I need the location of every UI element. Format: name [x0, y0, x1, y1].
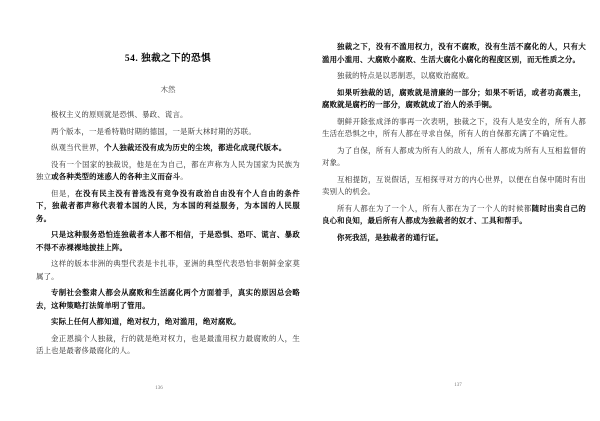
document-spread: 54. 独裁之下的恐惧 木然 极权主义的原则就是恐惧、暴政、谎言。两个版本，一是… — [0, 0, 600, 421]
bold-text-run: 只是这种服务恐怕连独裁者本人都不相信，于是恐惧、恐吓、谎言、暴政不得不赤裸裸地披… — [36, 230, 300, 252]
bold-text-run: 或各种类型的迷惑人的各种主义而奋斗 — [51, 172, 180, 181]
paragraph: 互相提防，互说假话，互相探寻对方的内心世界，以便在自保中随时有出卖别人的机会。 — [322, 174, 586, 199]
text-run: 但是， — [51, 189, 75, 198]
left-page-body: 极权主义的原则就是恐惧、暴政、谎言。两个版本，一是希特勒时期的德国，一是斯大林时… — [36, 109, 300, 362]
page-left: 54. 独裁之下的恐惧 木然 极权主义的原则就是恐惧、暴政、谎言。两个版本，一是… — [36, 0, 300, 421]
bold-text-run: 专制社会整肃人都会从腐败和生活腐化两个方面着手，真实的原因总会略去，这种策略打法… — [36, 288, 300, 310]
paragraph: 实际上任何人都知道，绝对权力，绝对滥用，绝对腐败。 — [36, 316, 300, 329]
paragraph: 如果听独裁的话，腐败就是清廉的一部分；如果不听话，或者功高震主，腐败就是腐朽的一… — [322, 87, 586, 112]
text-run: 独裁的特点是以恶制恶，以腐败治腐败。 — [337, 71, 474, 80]
paragraph: 没有一个国家的独裁说，他是在为自己，都在声称为人民为国家为民族为独立或各种类型的… — [36, 159, 300, 184]
page-number-left: 136 — [18, 386, 300, 391]
text-run: 这样的版本非洲的典型代表是卡扎菲，亚洲的典型代表恐怕非朝鲜金家莫属了。 — [36, 259, 300, 281]
page-number-right: 137 — [330, 383, 586, 388]
text-run: 为了自保，所有人都成为所有人的敌人，所有人都成为所有人互相监督的对象。 — [322, 146, 586, 168]
right-page-body: 独裁之下，没有不滥用权力，没有不腐败，没有生活不腐化的人，只有大滥用小滥用、大腐… — [322, 41, 586, 248]
text-run: 两个版本，一是希特勒时期的德国，一是斯大林时期的苏联。 — [51, 127, 256, 136]
text-run: 。 — [180, 172, 188, 181]
bold-text-run: 个人独裁还没有成为历史的尘埃，都进化成现代版本。 — [104, 143, 286, 152]
bold-text-run: 在没有民主没有普选没有竞争没有政治自由没有个人自由的条件下，独裁者都声称代表着本… — [36, 189, 300, 223]
text-run: 所有人都在为了一个人，所有人都在为了一个人的时候都 — [337, 204, 532, 213]
paragraph: 你死我活，是独裁者的通行证。 — [322, 232, 586, 245]
bold-text-run: 你死我活，是独裁者的通行证。 — [337, 233, 443, 242]
page-right: 独裁之下，没有不滥用权力，没有不腐败，没有生活不腐化的人，只有大滥用小滥用、大腐… — [322, 0, 586, 421]
paragraph: 专制社会整肃人都会从腐败和生活腐化两个方面着手，真实的原因总会略去，这种策略打法… — [36, 287, 300, 312]
bold-text-run: 如果听独裁的话，腐败就是清廉的一部分；如果不听话，或者功高震主，腐败就是腐朽的一… — [322, 88, 586, 110]
text-run: 互相提防，互说假话，互相探寻对方的内心世界，以便在自保中随时有出卖别人的机会。 — [322, 175, 586, 197]
text-run: 金正恩搞个人独裁，行的就是绝对权力，也是最滥用权力最腐败的人，生活上也是最奢侈最… — [36, 334, 300, 356]
article-author: 木然 — [36, 84, 300, 95]
paragraph: 纵观当代世界，个人独裁还没有成为历史的尘埃，都进化成现代版本。 — [36, 142, 300, 155]
paragraph: 只是这种服务恐怕连独裁者本人都不相信，于是恐惧、恐吓、谎言、暴政不得不赤裸裸地披… — [36, 229, 300, 254]
paragraph: 金正恩搞个人独裁，行的就是绝对权力，也是最滥用权力最腐败的人，生活上也是最奢侈最… — [36, 333, 300, 358]
text-run: 极权主义的原则就是恐惧、暴政、谎言。 — [51, 110, 188, 119]
text-run: 纵观当代世界， — [51, 143, 104, 152]
bold-text-run: 独裁之下，没有不滥用权力，没有不腐败，没有生活不腐化的人，只有大滥用小滥用、大腐… — [322, 42, 586, 64]
paragraph: 独裁的特点是以恶制恶，以腐败治腐败。 — [322, 70, 586, 83]
paragraph: 所有人都在为了一个人，所有人都在为了一个人的时候都随时出卖自己的良心和良知，最后… — [322, 203, 586, 228]
bold-text-run: 实际上任何人都知道，绝对权力，绝对滥用，绝对腐败。 — [51, 317, 241, 326]
paragraph: 朝鲜开除张成泽的事再一次表明，独裁之下，没有人是安全的，所有人都生活在恐惧之中，… — [322, 116, 586, 141]
paragraph: 为了自保，所有人都成为所有人的敌人，所有人都成为所有人互相监督的对象。 — [322, 145, 586, 170]
article-title: 54. 独裁之下的恐惧 — [36, 50, 300, 64]
text-run: 朝鲜开除张成泽的事再一次表明，独裁之下，没有人是安全的，所有人都生活在恐惧之中，… — [322, 117, 586, 139]
paragraph: 这样的版本非洲的典型代表是卡扎菲，亚洲的典型代表恐怕非朝鲜金家莫属了。 — [36, 258, 300, 283]
paragraph: 两个版本，一是希特勒时期的德国，一是斯大林时期的苏联。 — [36, 126, 300, 139]
paragraph: 独裁之下，没有不滥用权力，没有不腐败，没有生活不腐化的人，只有大滥用小滥用、大腐… — [322, 41, 586, 66]
paragraph: 但是，在没有民主没有普选没有竞争没有政治自由没有个人自由的条件下，独裁者都声称代… — [36, 188, 300, 226]
paragraph: 极权主义的原则就是恐惧、暴政、谎言。 — [36, 109, 300, 122]
